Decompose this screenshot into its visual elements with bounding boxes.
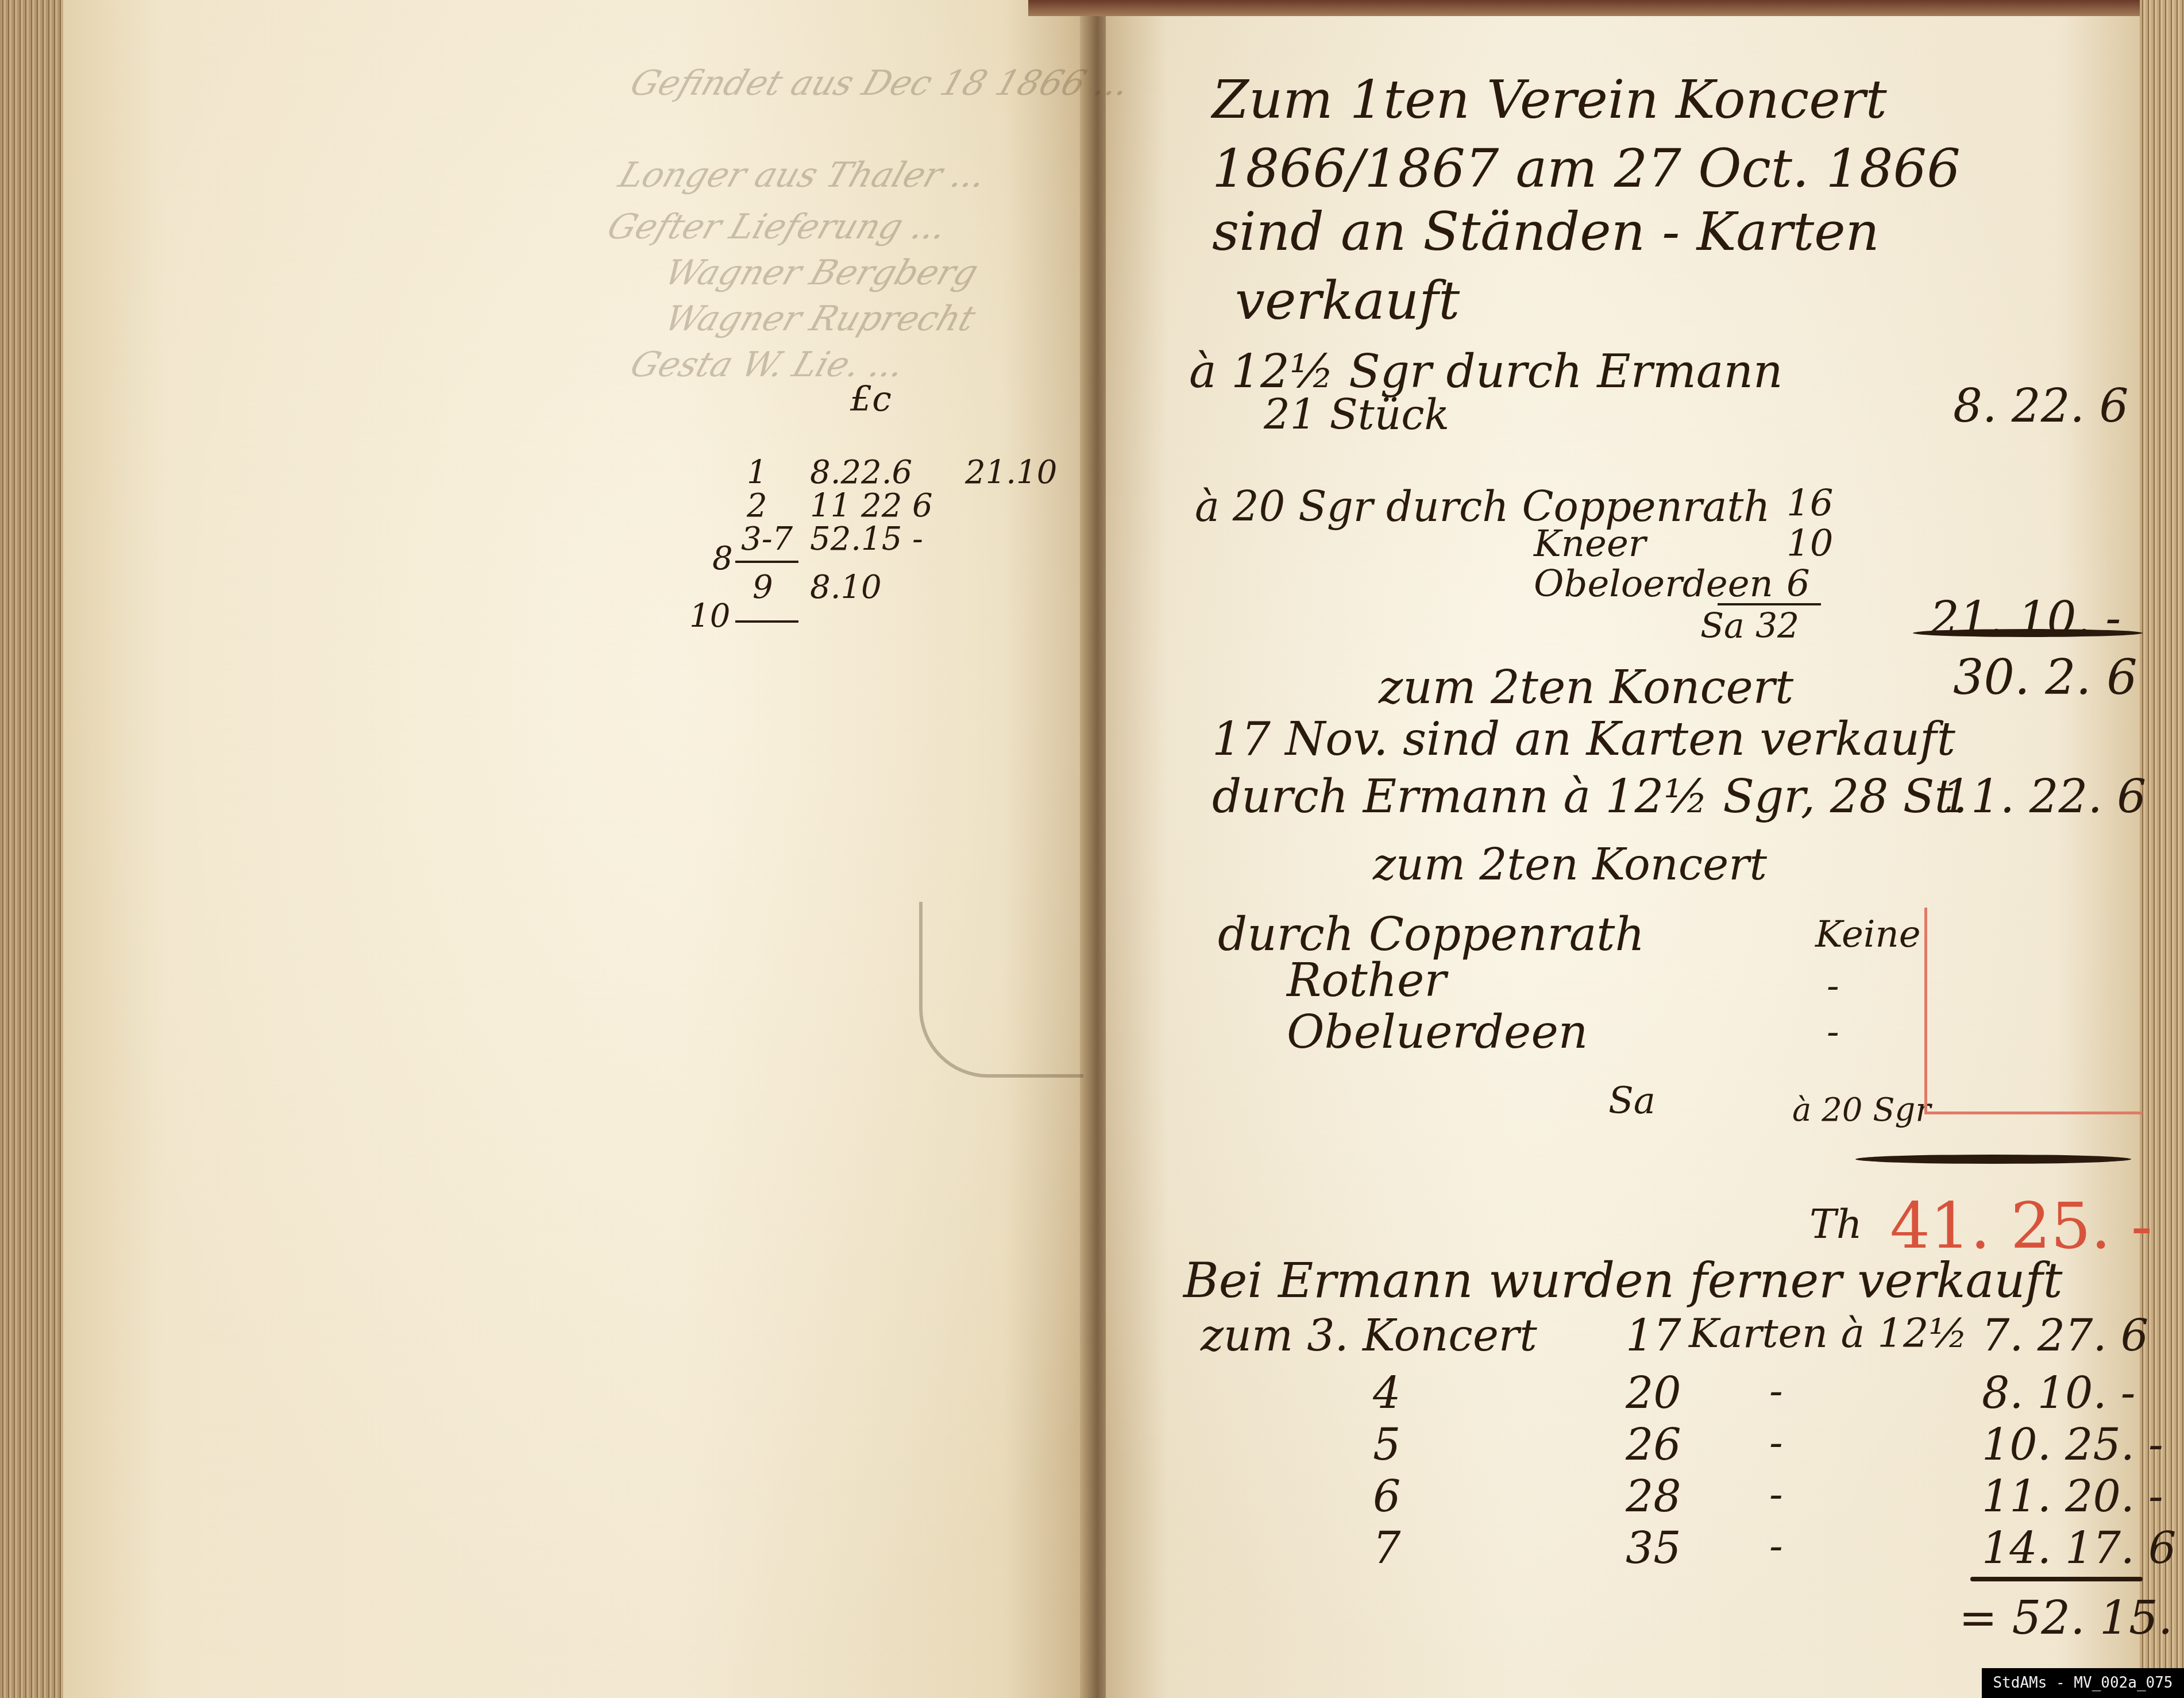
heading-line: 1866/1867 am 27 Oct. 1866 [1212,138,1961,199]
top-edge [1028,0,2177,16]
s4-row-desc: - [1769,1419,1783,1466]
marginal-bracket [919,902,1083,1078]
section3-dash: - [1827,1011,1839,1053]
s4-row-label: 4 [1373,1367,1400,1418]
calc-value: 8.10 [810,569,882,606]
section2-line2: durch Ermann à 12½ Sgr, 28 St. [1212,770,1967,823]
s4-row-qty: 35 [1626,1522,1681,1573]
entry1-line2: 21 Stück [1264,391,1449,439]
s4-row-label: 5 [1373,1419,1400,1470]
calc-idx: 2 [747,487,767,524]
calc-side: 21.10 [965,454,1057,491]
s4-row-label: 7 [1373,1522,1400,1573]
s4-row-desc: Karten à 12½ [1689,1310,1967,1357]
section3-name: Rother [1287,954,1446,1007]
entry2-name: Kneer [1534,523,1646,565]
archive-watermark: StdAMs - MV_002a_075 [1982,1668,2184,1698]
s4-row-amount: 7. 27. 6 [1982,1310,2148,1361]
page-edges-left [0,0,63,1698]
section2-line1: 17 Nov. sind an Karten verkauft [1212,712,1955,766]
bleed-line: Wagner Ruprecht [660,299,981,339]
section3-sum: Sa [1608,1080,1656,1122]
s4-row-qty: 26 [1626,1419,1681,1470]
bleed-line: Longer aus Thaler ... [614,155,991,195]
s4-row-desc: - [1769,1522,1783,1569]
s4-row-qty: 17 [1626,1310,1681,1361]
s4-row-desc: - [1769,1367,1783,1414]
s4-row-amount: 10. 25. - [1982,1419,2163,1470]
calc-rule [735,561,798,563]
calc-value: 8.22.6 [810,454,912,491]
red-bracket-horizontal [1924,1112,2143,1114]
heading-line: Zum 1ten Verein Koncert [1212,69,1887,130]
calc-idx: 1 [747,454,767,491]
red-bracket-vertical [1924,908,1927,1114]
section3-col-label: Keine [1815,913,1921,956]
entry1-amount: 8. 22. 6 [1953,379,2128,433]
calc-left-label: 10 [689,597,730,635]
bleed-line: Wagner Bergberg [660,253,983,293]
calc-idx: 9 [753,569,773,606]
section3-title: zum 2ten Koncert [1373,839,1767,890]
open-ledger-book: Gefindet aus Dec 18 1866 ... Longer aus … [0,0,2184,1698]
entry2-qty: 16 [1786,483,1833,525]
sum-rule [1718,603,1821,605]
s4-row-desc: - [1769,1471,1783,1518]
s4-row-qty: 28 [1626,1471,1681,1522]
calc-header: £c [850,379,892,419]
grand-total-prefix: Th [1809,1201,1862,1248]
s4-row-qty: 20 [1626,1367,1681,1418]
calc-value: 52.15 - [810,520,923,558]
bleed-line: Gefter Lieferung ... [603,207,952,247]
section2-title: zum 2ten Koncert [1379,661,1793,714]
s4-row-amount: 14. 17. 6 [1982,1522,2176,1573]
calc-value: 11 22 6 [810,487,933,524]
entry2-sum: Sa 32 [1700,606,1799,646]
section3-price: à 20 Sgr [1792,1091,1931,1129]
section2-amount: 11. 22. 6 [1942,770,2146,823]
entry2-amount: 21. 10. - [1930,592,2121,645]
subtotal: 30. 2. 6 [1953,649,2137,705]
entry2-line1: à 20 Sgr durch Coppenrath [1195,483,1770,531]
section3-name: Obeluerdeen [1287,1005,1588,1059]
calc-rule [735,620,798,623]
s4-row-label: zum 3. Koncert [1201,1310,1537,1361]
total-flourish [1855,1155,2131,1164]
heading-line: verkauft [1235,270,1460,331]
bleed-line: Gefindet aus Dec 18 1866 ... [626,63,1135,103]
section3-dash: - [1827,965,1839,1008]
calc-idx: 3-7 [741,520,793,558]
entry2-qty: 6 [1786,563,1810,605]
s4-row-amount: 8. 10. - [1982,1367,2135,1418]
subtotal-flourish [1913,629,2143,637]
section4-line1: Bei Ermann wurden ferner verkauft [1183,1252,2062,1309]
section4-total-rule [1970,1577,2143,1581]
calc-left-label: 8 [712,540,733,577]
entry2-name: Obeloerdeen [1534,563,1773,605]
section4-total: = 52. 15. - [1959,1591,2184,1645]
entry2-qty: 10 [1786,523,1833,565]
grand-total: 41. 25. - [1890,1189,2152,1263]
heading-line: sind an Ständen - Karten [1212,201,1880,263]
s4-row-label: 6 [1373,1471,1400,1522]
s4-row-amount: 11. 20. - [1982,1471,2163,1522]
